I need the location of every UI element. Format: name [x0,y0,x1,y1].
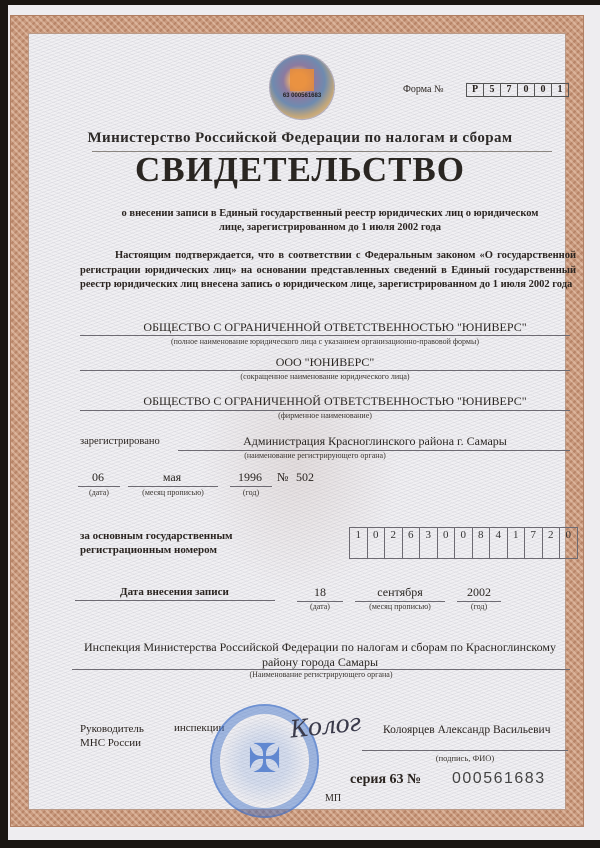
ogrn-digit: 0 [560,527,578,559]
ogrn-digit: 2 [385,527,403,559]
registered-value: Администрация Красноглинского района г. … [180,434,570,449]
entry-month-caption: (месяц прописью) [355,602,445,611]
ogrn-digit: 4 [490,527,508,559]
double-headed-eagle-icon: ✠ [242,734,287,784]
short-name-caption: (сокращенное наименование юридического л… [80,372,570,381]
entry-day-caption: (дата) [297,602,343,611]
signatory-caption: (подпись, ФИО) [362,753,568,763]
signatory-title: Руководитель МНС России [80,722,144,750]
authority-caption: (Наименование регистрирующего органа) [72,670,570,679]
authority-name: Инспекция Министерства Российской Федера… [70,640,570,670]
subtitle-line: о внесении записи в Единый государственн… [80,207,580,221]
signatory-title-line: Руководитель [80,722,144,736]
authority-line: району города Самары [70,655,570,670]
full-name-caption: (полное наименование юридического лица с… [80,337,570,346]
entry-day: 18 [300,585,340,600]
hologram-seal: 63 000561683 [270,55,334,119]
reg-year-line [230,486,272,487]
entry-date-label: Дата внесения записи [120,586,229,598]
form-code-char: Р [467,84,484,96]
form-label: Форма № [403,84,444,95]
ogrn-digit: 0 [368,527,386,559]
brand-name-value: ОБЩЕСТВО С ОГРАНИЧЕННОЙ ОТВЕТСТВЕННОСТЬЮ… [120,394,550,409]
ogrn-label-line: регистрационным номером [80,543,233,557]
full-name-line [80,335,570,336]
ogrn-boxes: 1 0 2 6 3 0 0 8 4 1 7 2 0 [349,527,578,559]
entry-month: сентября [355,585,445,600]
signatory-title-line: МНС России [80,736,144,750]
ogrn-digit: 0 [438,527,456,559]
hologram-emblem-icon [290,69,314,91]
reg-day-line [78,486,120,487]
ogrn-digit: 7 [525,527,543,559]
registered-caption: (наименование регистрирующего органа) [180,451,450,460]
ogrn-digit: 6 [403,527,421,559]
document-title: СВИДЕТЕЛЬСТВО [0,150,600,190]
entry-date-label-line [75,600,275,601]
signatory-line [362,750,568,751]
reg-year: 1996 [230,470,270,485]
form-code-char: 5 [484,84,501,96]
registered-label: зарегистрировано [80,436,160,447]
reg-day: 06 [78,470,118,485]
form-code-char: 0 [518,84,535,96]
series-number: 000561683 [452,770,546,788]
confirmation-paragraph: Настоящим подтверждается, что в соответс… [80,249,576,293]
ogrn-label: за основным государственным регистрацион… [80,529,233,557]
entry-year: 2002 [457,585,501,600]
ogrn-digit: 8 [473,527,491,559]
reg-number: 502 [296,470,314,485]
series-label: серия 63 № [350,772,421,788]
ogrn-digit: 2 [543,527,561,559]
form-code-char: 7 [501,84,518,96]
reg-number-label: № [277,470,288,485]
short-name-value: ООО "ЮНИВЕРС" [80,355,570,370]
form-code-char: 0 [535,84,552,96]
reg-month-caption: (месяц прописью) [128,488,218,497]
hologram-serial: 63 000561683 [270,93,334,99]
reg-day-caption: (дата) [78,488,120,497]
signatory-name: Колоярцев Александр Васильевич [383,724,551,736]
reg-month-line [128,486,218,487]
ogrn-digit: 1 [508,527,526,559]
ministry-name: Министерство Российской Федерации по нал… [0,130,600,147]
entry-year-caption: (год) [457,602,501,611]
ogrn-digit: 1 [350,527,368,559]
reg-year-caption: (год) [230,488,272,497]
ogrn-digit: 3 [420,527,438,559]
authority-line: Инспекция Министерства Российской Федера… [70,640,570,655]
subtitle-line: лице, зарегистрированном до 1 июля 2002 … [80,221,580,235]
seal-label: МП [325,793,341,804]
brand-name-caption: (фирменное наименование) [80,411,570,420]
document-subtitle: о внесении записи в Единый государственн… [80,207,580,235]
full-name-value: ОБЩЕСТВО С ОГРАНИЧЕННОЙ ОТВЕТСТВЕННОСТЬЮ… [120,320,550,335]
form-code-boxes: Р 5 7 0 0 1 [466,83,569,97]
form-code-char: 1 [552,84,568,96]
short-name-line [80,370,570,371]
reg-month: мая [128,470,216,485]
ogrn-label-line: за основным государственным [80,529,233,543]
ogrn-digit: 0 [455,527,473,559]
